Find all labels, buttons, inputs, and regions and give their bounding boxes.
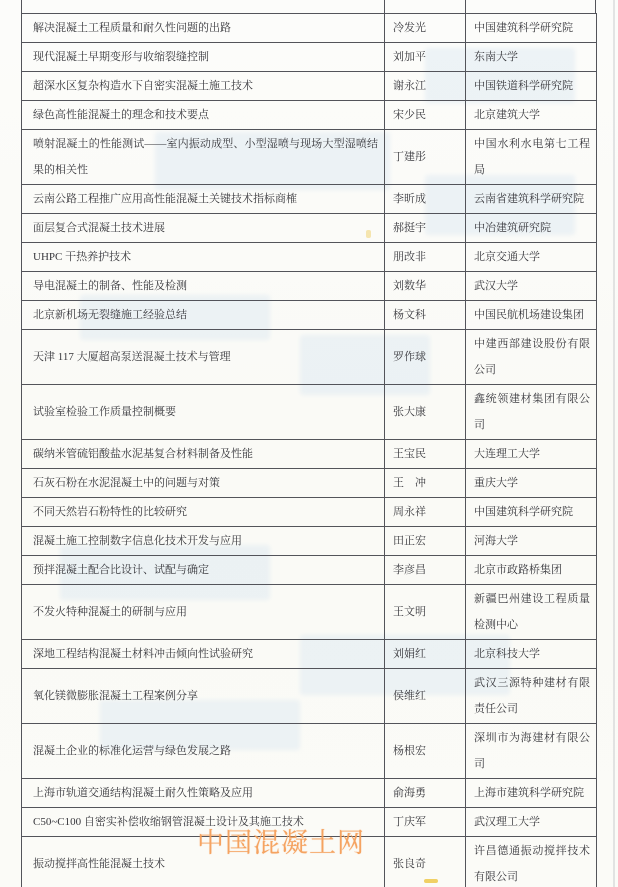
institution: 东南大学 [466, 43, 597, 72]
institution: 中建西部建设股份有限公司 [466, 330, 597, 385]
paper-title: UHPC 干热养护技术 [22, 243, 385, 272]
presenter-name: 王 冲 [385, 469, 466, 498]
scanned-page: 解决混凝土工程质量和耐久性问题的出路 冷发光 中国建筑科学研究院 现代混凝土早期… [0, 0, 618, 887]
presenter-name: 杨文科 [385, 301, 466, 330]
table-row: 试验室检验工作质量控制概要 张大康 鑫统领建材集团有限公司 [22, 385, 597, 440]
institution: 武汉三源特种建材有限责任公司 [466, 669, 597, 724]
institution: 许昌德通振动搅拌技术有限公司 [466, 837, 597, 887]
presenter-name: 张大康 [385, 385, 466, 440]
table-row: 预拌混凝土配合比设计、试配与确定 李彦昌 北京市政路桥集团 [22, 556, 597, 585]
presenter-name: 朋改非 [385, 243, 466, 272]
paper-title: 面层复合式混凝土技术进展 [22, 214, 385, 243]
table-row: 混凝土企业的标准化运营与绿色发展之路 杨根宏 深圳市为海建材有限公司 [22, 724, 597, 779]
paper-title: 超深水区复杂构造水下自密实混凝土施工技术 [22, 72, 385, 101]
table-row: 北京新机场无裂缝施工经验总结 杨文科 中国民航机场建设集团 [22, 301, 597, 330]
table-row: 解决混凝土工程质量和耐久性问题的出路 冷发光 中国建筑科学研究院 [22, 14, 597, 43]
scan-speck [366, 230, 371, 238]
table-row: 氧化镁微膨胀混凝土工程案例分享 侯维红 武汉三源特种建材有限责任公司 [22, 669, 597, 724]
table-row: 天津 117 大厦超高泵送混凝土技术与管理 罗作球 中建西部建设股份有限公司 [22, 330, 597, 385]
institution: 武汉理工大学 [466, 808, 597, 837]
institution: 中冶建筑研究院 [466, 214, 597, 243]
table-row: 云南公路工程推广应用高性能混凝土关键技术指标商榷 李昕成 云南省建筑科学研究院 [22, 185, 597, 214]
paper-title: 深地工程结构混凝土材料冲击倾向性试验研究 [22, 640, 385, 669]
table-continuation-line [384, 0, 385, 13]
institution: 中国建筑科学研究院 [466, 14, 597, 43]
institution: 云南省建筑科学研究院 [466, 185, 597, 214]
institution: 中国水利水电第七工程局 [466, 130, 597, 185]
institution: 新疆巴州建设工程质量检测中心 [466, 585, 597, 640]
table-row: 不发火特种混凝土的研制与应用 王文明 新疆巴州建设工程质量检测中心 [22, 585, 597, 640]
presenter-name: 杨根宏 [385, 724, 466, 779]
table-row: 绿色高性能混凝土的理念和技术要点 宋少民 北京建筑大学 [22, 101, 597, 130]
presenter-name: 李彦昌 [385, 556, 466, 585]
table-row: 超深水区复杂构造水下自密实混凝土施工技术 谢永江 中国铁道科学研究院 [22, 72, 597, 101]
institution: 北京交通大学 [466, 243, 597, 272]
paper-title: 氧化镁微膨胀混凝土工程案例分享 [22, 669, 385, 724]
conference-program-table: 解决混凝土工程质量和耐久性问题的出路 冷发光 中国建筑科学研究院 现代混凝土早期… [21, 13, 597, 887]
presenter-name: 王文明 [385, 585, 466, 640]
institution: 大连理工大学 [466, 440, 597, 469]
table-continuation-line [21, 0, 22, 13]
presenter-name: 罗作球 [385, 330, 466, 385]
presenter-name: 李昕成 [385, 185, 466, 214]
table-row: UHPC 干热养护技术 朋改非 北京交通大学 [22, 243, 597, 272]
institution: 中国建筑科学研究院 [466, 498, 597, 527]
presenter-name: 冷发光 [385, 14, 466, 43]
table-row: 导电混凝土的制备、性能及检测 刘数华 武汉大学 [22, 272, 597, 301]
paper-title: 绿色高性能混凝土的理念和技术要点 [22, 101, 385, 130]
table-row: 喷射混凝土的性能测试——室内振动成型、小型湿喷与现场大型湿喷结果的相关性 丁建彤… [22, 130, 597, 185]
paper-title: 天津 117 大厦超高泵送混凝土技术与管理 [22, 330, 385, 385]
institution: 深圳市为海建材有限公司 [466, 724, 597, 779]
table-body: 解决混凝土工程质量和耐久性问题的出路 冷发光 中国建筑科学研究院 现代混凝土早期… [22, 14, 597, 887]
presenter-name: 谢永江 [385, 72, 466, 101]
presenter-name: 俞海勇 [385, 779, 466, 808]
institution: 重庆大学 [466, 469, 597, 498]
institution: 鑫统领建材集团有限公司 [466, 385, 597, 440]
institution: 河海大学 [466, 527, 597, 556]
institution: 北京建筑大学 [466, 101, 597, 130]
paper-title: 上海市轨道交通结构混凝土耐久性策略及应用 [22, 779, 385, 808]
paper-title: 碳纳米管硫铝酸盐水泥基复合材料制备及性能 [22, 440, 385, 469]
china-concrete-net-watermark: 中国混凝土网 [197, 829, 365, 857]
institution: 中国铁道科学研究院 [466, 72, 597, 101]
scan-speck [424, 879, 438, 883]
presenter-name: 周永祥 [385, 498, 466, 527]
presenter-name: 刘数华 [385, 272, 466, 301]
table-row: 现代混凝土早期变形与收缩裂缝控制 刘加平 东南大学 [22, 43, 597, 72]
paper-title: 导电混凝土的制备、性能及检测 [22, 272, 385, 301]
presenter-name: 王宝民 [385, 440, 466, 469]
presenter-name: 侯维红 [385, 669, 466, 724]
paper-title: 北京新机场无裂缝施工经验总结 [22, 301, 385, 330]
presenter-name: 宋少民 [385, 101, 466, 130]
paper-title: 混凝土施工控制数字信息化技术开发与应用 [22, 527, 385, 556]
paper-title: 混凝土企业的标准化运营与绿色发展之路 [22, 724, 385, 779]
table-row: 混凝土施工控制数字信息化技术开发与应用 田正宏 河海大学 [22, 527, 597, 556]
paper-title: 不发火特种混凝土的研制与应用 [22, 585, 385, 640]
institution: 北京市政路桥集团 [466, 556, 597, 585]
institution: 上海市建筑科学研究院 [466, 779, 597, 808]
presenter-name: 刘加平 [385, 43, 466, 72]
institution: 北京科技大学 [466, 640, 597, 669]
paper-title: 喷射混凝土的性能测试——室内振动成型、小型湿喷与现场大型湿喷结果的相关性 [22, 130, 385, 185]
table-continuation-line [595, 0, 596, 13]
paper-title: 现代混凝土早期变形与收缩裂缝控制 [22, 43, 385, 72]
table-row: 面层复合式混凝土技术进展 郝挺宇 中冶建筑研究院 [22, 214, 597, 243]
institution: 中国民航机场建设集团 [466, 301, 597, 330]
paper-title: 石灰石粉在水泥混凝土中的问题与对策 [22, 469, 385, 498]
presenter-name: 丁建彤 [385, 130, 466, 185]
table-row: 不同天然岩石粉特性的比较研究 周永祥 中国建筑科学研究院 [22, 498, 597, 527]
institution: 武汉大学 [466, 272, 597, 301]
paper-title: 预拌混凝土配合比设计、试配与确定 [22, 556, 385, 585]
page-edge-shadow [613, 0, 615, 887]
table-row: 深地工程结构混凝土材料冲击倾向性试验研究 刘娟红 北京科技大学 [22, 640, 597, 669]
presenter-name: 刘娟红 [385, 640, 466, 669]
paper-title: 试验室检验工作质量控制概要 [22, 385, 385, 440]
paper-title: 云南公路工程推广应用高性能混凝土关键技术指标商榷 [22, 185, 385, 214]
table-continuation-line [465, 0, 466, 13]
presenter-name: 丁庆军 [385, 808, 466, 837]
paper-title: 解决混凝土工程质量和耐久性问题的出路 [22, 14, 385, 43]
paper-title: 不同天然岩石粉特性的比较研究 [22, 498, 385, 527]
table-row: 上海市轨道交通结构混凝土耐久性策略及应用 俞海勇 上海市建筑科学研究院 [22, 779, 597, 808]
presenter-name: 田正宏 [385, 527, 466, 556]
table-row: 碳纳米管硫铝酸盐水泥基复合材料制备及性能 王宝民 大连理工大学 [22, 440, 597, 469]
table-row: 石灰石粉在水泥混凝土中的问题与对策 王 冲 重庆大学 [22, 469, 597, 498]
presenter-name: 郝挺宇 [385, 214, 466, 243]
